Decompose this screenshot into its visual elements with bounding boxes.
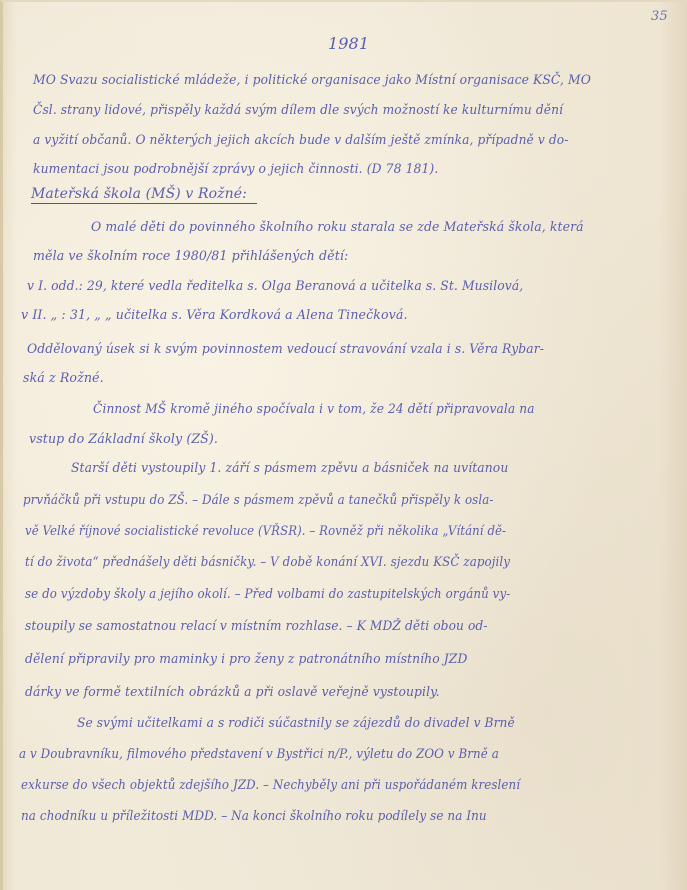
paragraph1-line-4: v II. „ : 31, „ „ učitelka s. Věra Kordk… [21,307,408,322]
paragraph3-line-7: dělení připravily pro maminky i pro ženy… [25,651,467,666]
paragraph2-line-2: vstup do Základní školy (ZŠ). [29,431,218,446]
section-heading-materska-skola: Mateřská škola (MŠ) v Rožné: [31,186,257,204]
year-heading: 1981 [328,34,369,53]
paragraph3-line-4: tí do života“ přednášely děti básničky. … [25,554,510,569]
intro-line-2: Čsl. strany lidové, přispěly každá svým … [33,102,563,117]
paragraph1-line-3: v I. odd.: 29, které vedla ředitelka s. … [27,278,523,293]
paragraph1-line-2: měla ve školním roce 1980/81 přihlášenýc… [33,248,348,263]
paragraph2-line-1: Činnost MŠ kromě jiného spočívala i v to… [93,401,535,416]
paragraph3-line-1: Starší děti vystoupily 1. září s pásmem … [71,460,508,475]
paragraph3-line-6: stoupily se samostatnou relací v místním… [25,618,488,633]
intro-line-4: kumentaci jsou podrobnější zprávy o jeji… [33,161,438,176]
paragraph3-line-2: prvňáčků při vstupu do ZŠ. – Dále s pásm… [23,492,493,507]
paragraph3-line-3: vě Velké říjnové socialistické revoluce … [25,523,506,538]
handwritten-chronicle-page: 35 1981 MO Svazu socialistické mládeže, … [0,0,687,890]
paragraph1-line-6: ská z Rožné. [23,370,104,385]
paragraph3-line-5: se do výzdoby školy a jejího okolí. – Př… [25,586,510,601]
paragraph4-line-2: a v Doubravníku, filmového představení v… [19,746,499,761]
intro-line-1: MO Svazu socialistické mládeže, i politi… [33,72,591,87]
paragraph1-line-5: Oddělovaný úsek si k svým povinnostem ve… [27,341,544,356]
paragraph1-line-1: O malé děti do povinného školního roku s… [91,219,584,234]
intro-line-3: a vyžití občanů. O některých jejich akcí… [33,132,568,147]
paragraph3-line-8: dárky ve formě textilních obrázků a při … [25,684,440,699]
paragraph4-line-4: na chodníku u příležitosti MDD. – Na kon… [21,808,487,823]
paragraph4-line-3: exkurse do všech objektů zdejšího JZD. –… [21,777,520,792]
paragraph4-line-1: Se svými učitelkami a s rodiči súčastnil… [77,715,515,730]
page-number: 35 [651,9,668,24]
